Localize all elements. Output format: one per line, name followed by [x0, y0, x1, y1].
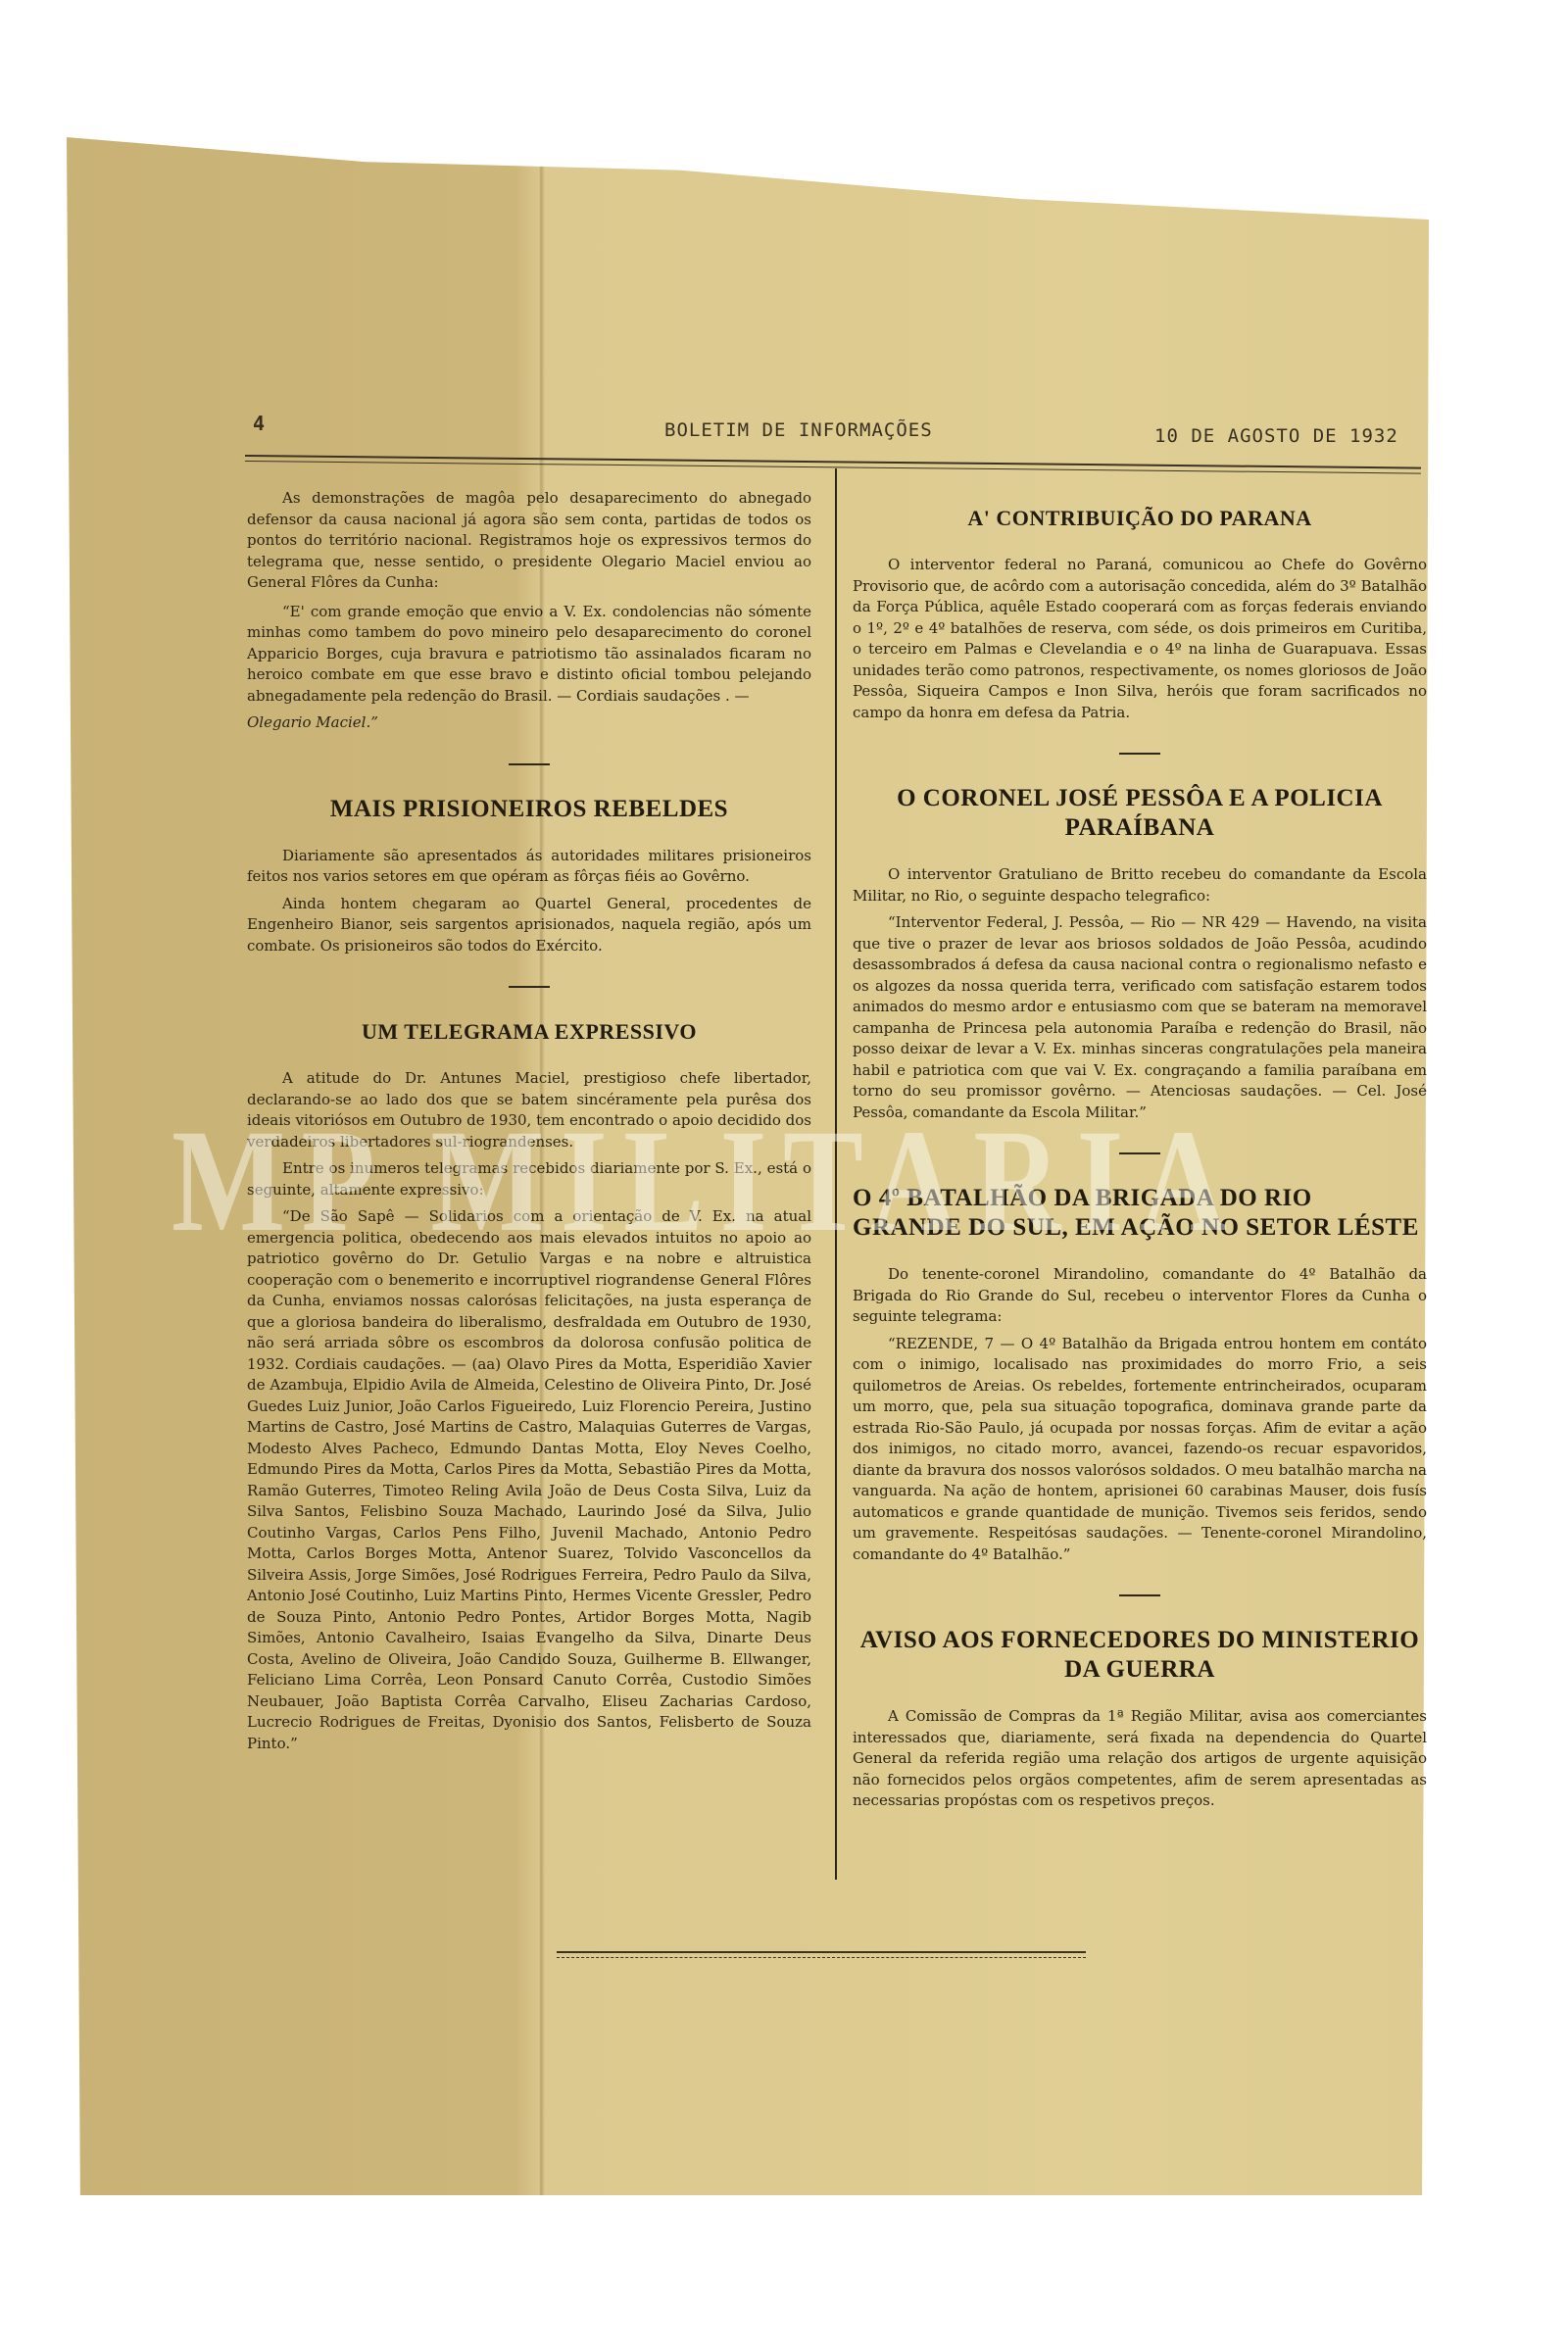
article-4-batalhao: O 4º BATALHÃO DA BRIGADA DO RIO GRANDE D… [853, 1184, 1427, 1565]
publication-date: 10 DE AGOSTO DE 1932 [1154, 425, 1398, 447]
article-headline: O CORONEL JOSÉ PESSÔA E A POLICIA PARAÍB… [853, 784, 1427, 843]
article-separator [509, 986, 550, 988]
article-paragraph: Ainda hontem chegaram ao Quartel General… [247, 894, 811, 957]
article-aviso-fornecedores: AVISO AOS FORNECEDORES DO MINISTERIO DA … [853, 1626, 1427, 1812]
article-headline: A' CONTRIBUIÇÃO DO PARANA [853, 504, 1427, 533]
article-paragraph: A Comissão de Compras da 1ª Região Milit… [853, 1706, 1427, 1812]
article-paragraph: As demonstrações de magôa pelo desaparec… [247, 488, 811, 594]
right-column: A' CONTRIBUIÇÃO DO PARANA O interventor … [853, 504, 1427, 1818]
article-aparicio-borges: As demonstrações de magôa pelo desaparec… [247, 488, 811, 734]
page-number: 4 [253, 412, 265, 435]
article-separator [1119, 1594, 1160, 1596]
article-paragraph: Entre os inumeros telegramas recebidos d… [247, 1158, 811, 1200]
publication-title: BOLETIM DE INFORMAÇÕES [664, 419, 933, 441]
article-headline: O 4º BATALHÃO DA BRIGADA DO RIO GRANDE D… [853, 1184, 1427, 1243]
footer-rule [557, 1951, 1086, 1958]
article-paragraph: Do tenente-coronel Mirandolino, comandan… [853, 1264, 1427, 1328]
article-headline: MAIS PRISIONEIROS REBELDES [247, 795, 811, 824]
article-headline: UM TELEGRAMA EXPRESSIVO [247, 1017, 811, 1047]
column-divider [835, 468, 837, 1880]
article-paragraph: “E' com grande emoção que envio a V. Ex.… [247, 602, 811, 708]
article-paragraph: “De São Sapê — Solidarios com a orientaç… [247, 1206, 811, 1754]
article-paragraph: O interventor federal no Paraná, comunic… [853, 555, 1427, 723]
article-separator [509, 763, 550, 765]
article-coronel-jose-pessoa: O CORONEL JOSÉ PESSÔA E A POLICIA PARAÍB… [853, 784, 1427, 1123]
article-separator [1119, 1152, 1160, 1154]
article-telegrama-expressivo: UM TELEGRAMA EXPRESSIVO A atitude do Dr.… [247, 1017, 811, 1754]
article-headline: AVISO AOS FORNECEDORES DO MINISTERIO DA … [853, 1626, 1427, 1685]
article-paragraph: “Interventor Federal, J. Pessôa, — Rio —… [853, 912, 1427, 1123]
article-mais-prisioneiros: MAIS PRISIONEIROS REBELDES Diariamente s… [247, 795, 811, 957]
article-paragraph: “REZENDE, 7 — O 4º Batalhão da Brigada e… [853, 1334, 1427, 1566]
article-signature: Olegario Maciel.” [247, 712, 811, 734]
article-paragraph: Diariamente são apresentados ás autorida… [247, 846, 811, 888]
article-separator [1119, 753, 1160, 755]
article-paragraph: A atitude do Dr. Antunes Maciel, prestig… [247, 1068, 811, 1152]
left-column: As demonstrações de magôa pelo desaparec… [247, 488, 811, 1760]
article-contribuicao-parana: A' CONTRIBUIÇÃO DO PARANA O interventor … [853, 504, 1427, 723]
page-header: 4 BOLETIM DE INFORMAÇÕES 10 DE AGOSTO DE… [243, 412, 1439, 451]
article-paragraph: O interventor Gratuliano de Britto receb… [853, 864, 1427, 906]
